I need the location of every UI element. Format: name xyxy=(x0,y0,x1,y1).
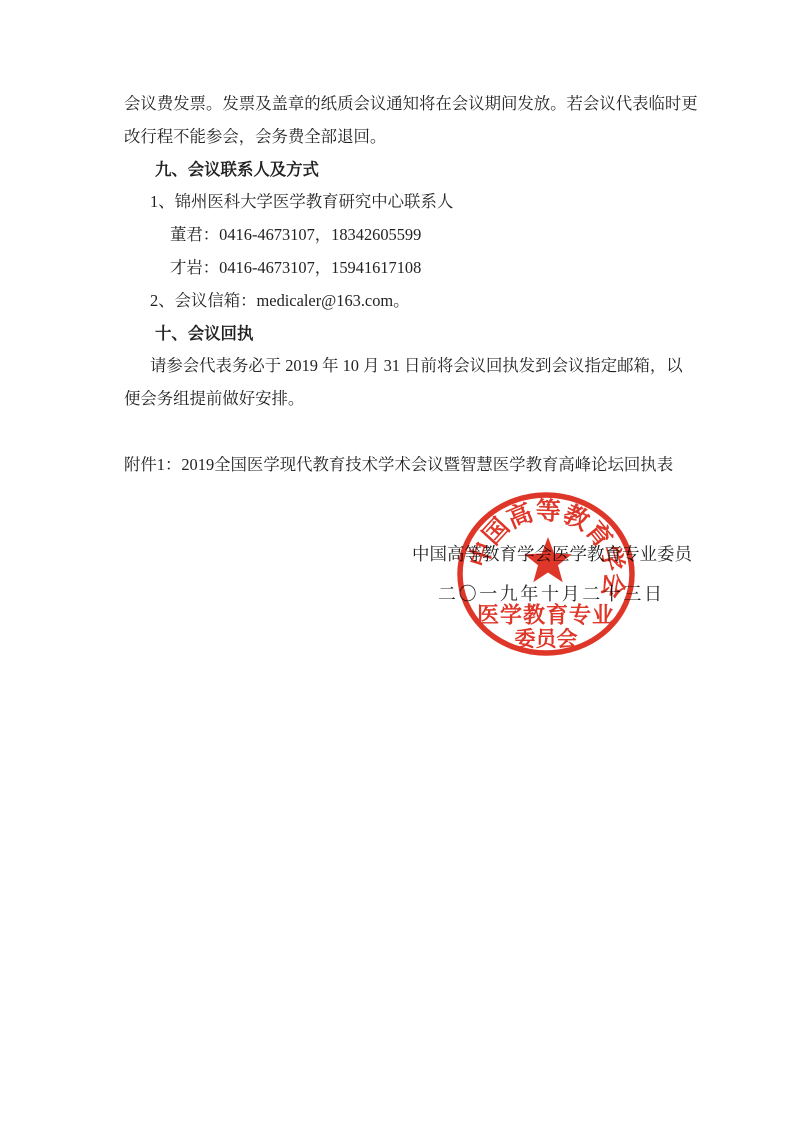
stamp-bottom-text-1: 医学教育专业 xyxy=(477,603,615,628)
body-line: 1、锦州医科大学医学教育研究中心联系人 xyxy=(124,186,704,219)
body-line: 会议费发票。发票及盖章的纸质会议通知将在会议期间发放。若会议代表临时更 xyxy=(124,88,704,121)
stamp-arc-char: 学 xyxy=(595,543,628,574)
body-line: 附件1：2019全国医学现代教育技术学术会议暨智慧医学教育高峰论坛回执表 xyxy=(124,449,704,482)
body-line: 十、会议回执 xyxy=(124,318,704,351)
stamp-arc-char: 等 xyxy=(535,496,561,526)
document-page: 会议费发票。发票及盖章的纸质会议通知将在会议期间发放。若会议代表临时更改行程不能… xyxy=(0,0,799,1131)
document-body: 会议费发票。发票及盖章的纸质会议通知将在会议期间发放。若会议代表临时更改行程不能… xyxy=(124,88,704,482)
stamp-bottom-text-2: 委员会 xyxy=(515,627,578,651)
body-line: 2、会议信箱：medicaler@163.com。 xyxy=(124,285,704,318)
body-line: 改行程不能参会，会务费全部退回。 xyxy=(124,121,704,154)
body-line: 才岩：0416-4673107，15941617108 xyxy=(124,252,704,285)
body-line: 请参会代表务必于 2019 年 10 月 31 日前将会议回执发到会议指定邮箱，… xyxy=(124,350,704,383)
body-line: 九、会议联系人及方式 xyxy=(124,154,704,187)
official-seal-stamp: 中国高等教育学会医学教育专业委员会 xyxy=(456,490,636,658)
star-icon xyxy=(524,537,572,582)
blank-line xyxy=(124,416,704,449)
stamp-arc-char: 会 xyxy=(596,571,629,601)
body-line: 便会务组提前做好安排。 xyxy=(124,383,704,416)
body-line: 董君：0416-4673107，18342605599 xyxy=(124,219,704,252)
